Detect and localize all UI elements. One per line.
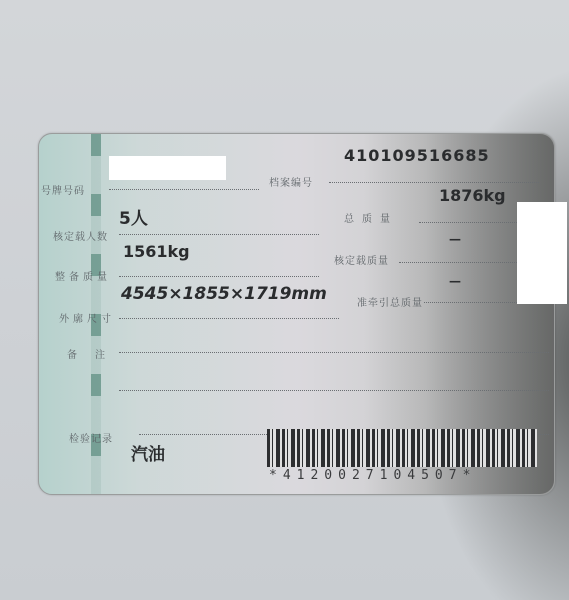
barcode	[267, 429, 537, 467]
curb-weight-label: 整备质量	[55, 268, 111, 283]
file-number-label: 档案编号	[269, 174, 313, 189]
towing-mass-value: —	[449, 274, 461, 288]
plate-number-label: 号牌号码	[41, 182, 85, 197]
total-mass-label: 总质量	[344, 210, 398, 225]
total-mass-value: 1876kg	[439, 186, 506, 205]
redacted-plate	[109, 156, 226, 180]
approved-passengers-label: 核定载人数	[53, 228, 108, 243]
inspection-value: 汽油	[131, 440, 165, 465]
towing-mass-label: 准牵引总质量	[357, 294, 423, 309]
dimensions-value: 4545×1855×1719mm	[121, 284, 327, 304]
barcode-text: *4120027104507*	[269, 468, 476, 483]
curb-weight-value: 1561kg	[123, 242, 190, 261]
vehicle-license-card: 号牌号码 档案编号 410109516685 核定载人数 5人 总质量 1876…	[38, 133, 555, 495]
dimensions-label: 外廓尺寸	[59, 310, 115, 325]
approved-load-value: —	[449, 232, 461, 246]
file-number-value: 410109516685	[344, 146, 490, 165]
redacted-right	[517, 202, 567, 304]
remarks-label: 备注	[67, 346, 123, 361]
approved-load-label: 核定载质量	[334, 252, 389, 267]
inspection-label: 检验记录	[69, 430, 113, 445]
approved-passengers-value: 5人	[119, 204, 148, 229]
